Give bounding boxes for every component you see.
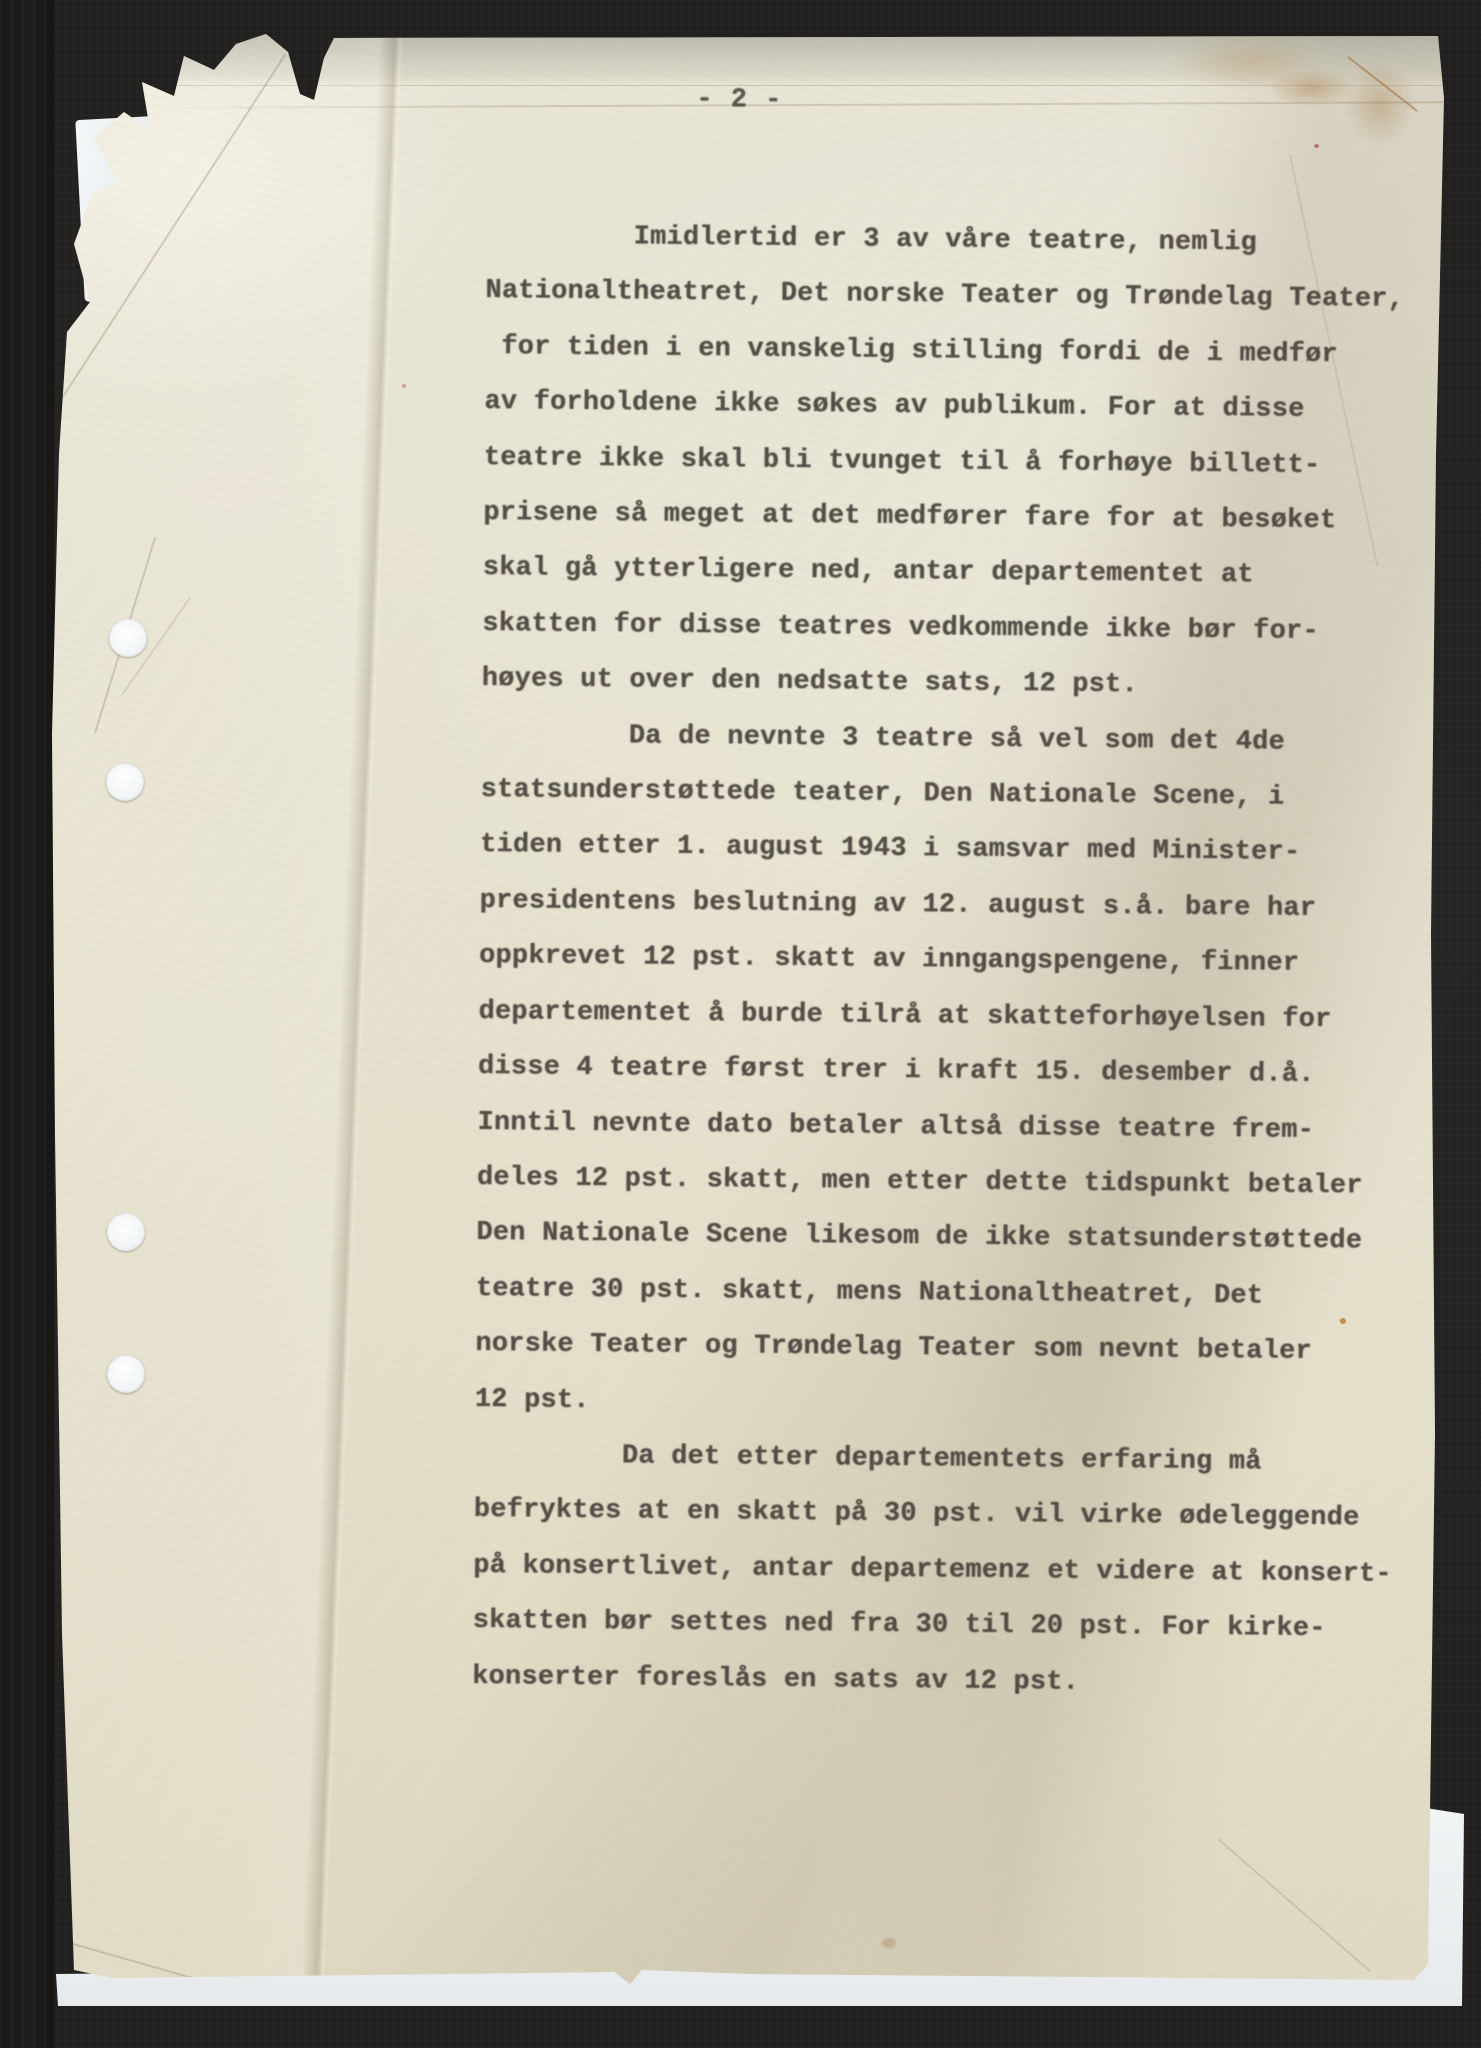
punch-hole [106,763,144,801]
text-line: skal gå ytterligere ned, antar departeme… [483,541,1402,605]
text-line: norske Teater og Trøndelag Teater som ne… [475,1317,1394,1381]
text-line: disse 4 teatre først trer i kraft 15. de… [478,1040,1397,1104]
text-line: skatten bør settes ned fra 30 til 20 pst… [472,1594,1391,1658]
text-line: på konsertlivet, antar departemenz et vi… [473,1539,1392,1603]
text-line: teatre ikke skal bli tvunget til å forhø… [484,431,1403,495]
text-line: deles 12 pst. skatt, men etter dette tid… [477,1151,1396,1215]
body-text: Imidlertid er 3 av våre teatre, nemligNa… [472,209,1405,1714]
book-spine-edge [0,0,54,2048]
left-fold-shading [0,34,404,1986]
punch-hole [109,619,147,657]
text-line: Inntil nevnte dato betaler altså disse t… [477,1095,1396,1159]
text-line: befryktes at en skatt på 30 pst. vil vir… [474,1483,1393,1547]
text-line: Imidlertid er 3 av våre teatre, nemlig [486,209,1405,273]
text-line: Nationaltheatret, Det norske Teater og T… [485,264,1404,328]
text-line: skatten for disse teatres vedkommende ik… [482,597,1401,661]
text-line: departementet å burde tilrå at skattefor… [478,985,1397,1049]
punch-hole [107,1213,145,1251]
page-number: - 2 - [659,84,819,118]
crease-line [1217,1838,1371,1972]
text-line: konserter foreslås en sats av 12 pst. [472,1649,1391,1713]
text-line: tiden etter 1. august 1943 i samsvar med… [480,818,1399,882]
text-line: oppkrevet 12 pst. skatt av inngangspenge… [479,929,1398,993]
document-page: - 2 - Imidlertid er 3 av våre teatre, ne… [52,34,1444,1986]
text-line: Da det etter departementets erfaring må [474,1428,1393,1492]
punch-hole [107,1355,145,1393]
text-line: presidentens beslutning av 12. august s.… [479,874,1398,938]
text-line: teatre 30 pst. skatt, mens Nationaltheat… [476,1262,1395,1326]
paper-spot [882,1938,896,1948]
text-line: Den Nationale Scene likesom de ikke stat… [476,1206,1395,1270]
text-line: 12 pst. [475,1372,1394,1436]
archive-scan: - 2 - Imidlertid er 3 av våre teatre, ne… [0,0,1481,2048]
text-line: av forholdene ikke søkes av publikum. Fo… [484,375,1403,439]
ink-speck [402,384,406,388]
text-line: prisene så meget at det medfører fare fo… [483,486,1402,550]
text-line: for tiden i en vanskelig stilling fordi … [485,320,1404,384]
text-line: statsunderstøttede teater, Den Nationale… [480,763,1399,827]
typewritten-text-block: - 2 - Imidlertid er 3 av våre teatre, ne… [471,34,1468,1853]
text-line: Da de nevnte 3 teatre så vel som det 4de [481,708,1400,772]
text-line: høyes ut over den nedsatte sats, 12 pst. [482,652,1401,716]
